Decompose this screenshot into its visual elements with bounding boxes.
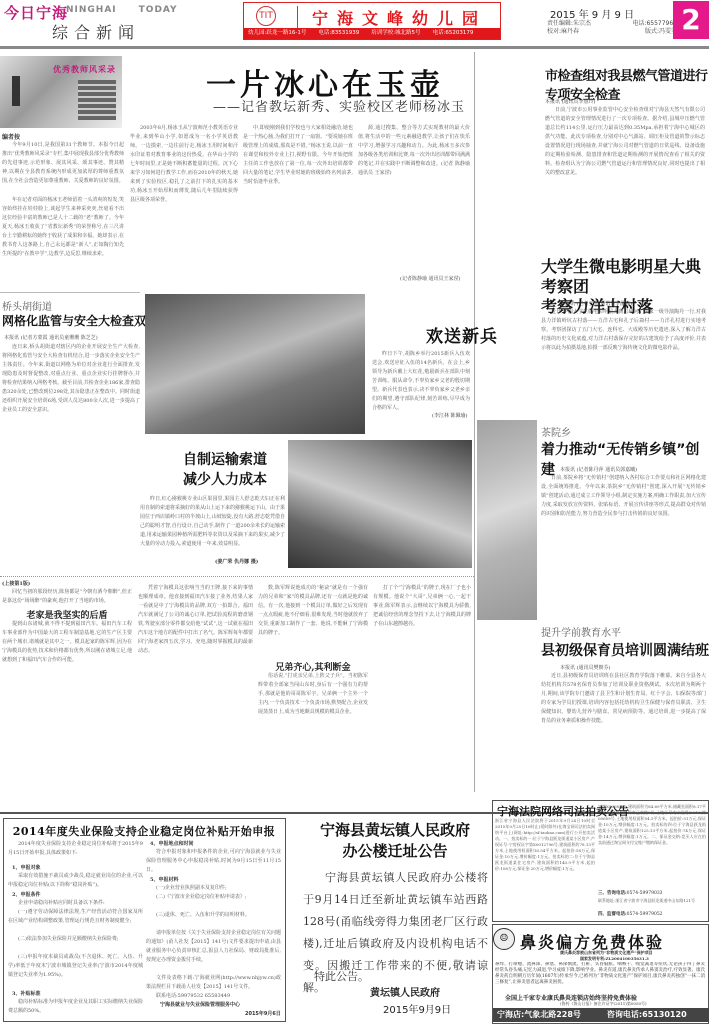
- jobs-contact: 联系电话:59979532 65583449: [146, 992, 281, 1001]
- jobs-p5b: (二)《宁波市企业稳定岗位补贴申请表》;: [146, 893, 281, 911]
- jobs-p6: 请申报单位按《关于失业保险支持企业稳定岗位有关问题的通知》(甬人社发【2015】…: [146, 929, 281, 974]
- feature-body-col3: 源,通过搜集、整合等方式实现教材的最大价值,将生活中的一些元素融进教学,让孩子们…: [358, 124, 470, 274]
- subheadline: ——记省教坛新秀、实验校区老师杨冰玉: [213, 96, 465, 115]
- jobs-p2c: (三)申报年度末裁员或裁员(不含退休、死亡、入伍、升学)率低于年度末宁波市城镇登…: [8, 953, 143, 987]
- gas-inspection-byline: 本报讯 (通讯员李惠玲): [545, 98, 596, 105]
- rhinitis-contact-bar: 宁海店:气象北路228号咨询电话:65130120: [493, 1008, 709, 1022]
- continuation-label: (上接第1版): [2, 580, 30, 587]
- relocation-headline: 宁海县黄坛镇人民政府 办公楼迁址公告: [300, 820, 490, 862]
- kindergarten-name: 宁海文峰幼儿园: [312, 6, 487, 29]
- jobs-p2: 企业申请稳岗补贴应同时具备以下条件:: [8, 899, 143, 908]
- jobs-p2a: (一)遵守劳动保障法律法规,生产经营活动符合国家及所在区域产业结构调整政策,管理…: [8, 908, 143, 935]
- soldiers-body: 昨日下午,胡陈乡举行2015新兵入伍欢送会,欢送应征入伍的14名新兵。在会上,乡…: [372, 350, 470, 410]
- continuation-body1: 提到山东诸城,就不得不提到福田汽车。福田汽车工程车事业部作为中国最大的工程车制造…: [2, 620, 132, 810]
- feature-body-col1: 2003年8月,杨冰玉从宁波师范小教英语专业毕业,来到华山小学,如愿成为一名小学…: [130, 124, 238, 284]
- jobs-p5a: (一)企业营业执照副本及复印件;: [146, 884, 281, 893]
- jobs-download-link[interactable]: 文件及表格下载:宁海就业网(http://www.nhjyw.cn)政策法规栏目…: [146, 974, 281, 992]
- nanny-headline: 县初级保育员培训圆满结班: [541, 640, 709, 660]
- continuation-body2: 凭着宁海模具这张响当当的王牌,接下来的事情也顺理成章。他直接到福田汽车接了业务,…: [138, 584, 253, 809]
- masthead-rule: [0, 46, 709, 49]
- jobs-h1: 1、申报对象: [12, 864, 40, 871]
- tea-body: 日前,茶院乡将“无传销村”创建纳入各村综合工作要点和社区网格化建设,全面统筹推进…: [541, 474, 706, 619]
- continuation-intro: 回忆当初的那段经历,陈焦都是“今朝有酒今朝醉”,但正是靠这份“场场醉”的豪爽,他…: [2, 588, 132, 606]
- doctor-portrait-icon: ☺: [493, 928, 515, 950]
- relocation-date: 2015年9月9日: [383, 1001, 451, 1016]
- column-divider: [474, 52, 475, 792]
- kindergarten-ad[interactable]: TIT 宁海文峰幼儿园 幼儿园:跃龙一路16-1号电话:83531939培训学校…: [243, 2, 501, 40]
- kindergarten-logo-icon: TIT: [256, 6, 276, 26]
- jobs-org: 宁海县就业与失业保险管理服务中心: [160, 1001, 240, 1008]
- divider: [0, 292, 140, 293]
- editor-credits: 责任编辑:朱宗杰电话:65577966 校对:麻丹春版式:冯雯雯: [547, 20, 677, 36]
- rope-body: 昨日,红心猕猴桃专业山区果园里,果园主人舒志乾夫妇正在利用自制的索道将采摘好的果…: [140, 495, 285, 567]
- continuation-body5: 打了个“宁海模具”的牌子,现在厂子也小有规模。他说个“大哥”,兄弟俩一心,一起干…: [373, 584, 471, 809]
- auction-body-right: 字第X0008569,建筑面积为84.69平方米,储藏室面积8.17平方米,已空…: [598, 804, 706, 888]
- jobs-h3: 3、补贴标准: [12, 990, 40, 997]
- soldiers-photo: [145, 294, 365, 434]
- nanny-body: 近日,县初级保育员培训班在县社区教育学院落下帷幕。来自全县各大幼托机构共578名…: [541, 672, 706, 797]
- auction-contact2: 四、监督电话:0574-59979052: [598, 911, 663, 917]
- page-number: 2: [673, 1, 709, 39]
- college-body: 近日,中国大学生微电影明星大典总顾问、国家一级导演陶丹一行,对我县力洋镇岭坑古村…: [541, 308, 706, 418]
- rhinitis-body: 鼻痒、打喷嚏、流鼻涕、鼻塞、鼻涕倒流、打鼾、头昏脑胀、咽喉干、嗅觉减退等症状,无…: [495, 962, 705, 992]
- jobs-p5c: (三)退休、死亡、入伍和升学的证明材料。: [146, 911, 281, 929]
- nanny-byline: 本报讯 (通讯员樊朝芬): [560, 664, 611, 671]
- editor-note-label: 编者按: [2, 132, 20, 141]
- jobs-p2b: (二)依法参加失业保险并足额缴纳失业保险费;: [8, 935, 143, 953]
- kindergarten-contact-strip: 幼儿园:跃龙一路16-1号电话:83531939培训学校:城北路5号电话:652…: [244, 28, 500, 39]
- jobs-intro: 2014年度失业保险支持企业稳定岗位补贴将于2015年9月15日开始申报,具体政…: [8, 840, 143, 864]
- teacher-intro: 年在记者对面的杨冰玉老师留着一头清爽的短发,笑容始终挂在娃娃脸上,谈起学生来神采…: [2, 196, 124, 286]
- relocation-closing: 特此公告。: [300, 968, 369, 984]
- jobs-p1: 采取有效措施不裁员或少裁员,稳定就业岗位的企业,可以申报稳定岗位补贴(以下简称“…: [8, 872, 143, 890]
- rope-credit: (姜广荣 仇丹娜 摄): [215, 558, 258, 565]
- section-title: 综合新闻: [52, 20, 140, 43]
- jobs-date: 2015年9月6日: [245, 1010, 281, 1017]
- jobs-h5: 5、申报材料: [150, 876, 178, 883]
- jobs-h4: 4、申报地点和时间: [150, 840, 193, 847]
- newspaper-name-en: NINGHAITODAY: [66, 5, 178, 15]
- rope-headline: 自制运输索道 减少人力成本: [170, 450, 280, 490]
- feature-body-col2: 中,即使刚到我们学校也与大家相处融洽,她也是一个热心肠,为我们打开了一扇窗。“要…: [243, 124, 353, 284]
- candle-icon: [12, 76, 20, 106]
- teacher-column-banner-image: 优秀教师风采录: [0, 56, 122, 128]
- continuation-body4: 俗话说,“打虎亲兄弟,上阵父子兵”。当初陈军辉带着全部家当闯山东时,身后有一个强…: [258, 672, 368, 809]
- college-byline: 本报讯 (记者王劲 通讯员李晶锋): [560, 300, 632, 307]
- continuation-body3: 数,陈军辉说他成功的“秘诀”就是有一个强有力的兄弟和“家”的模具品牌,还有一点就…: [258, 584, 368, 642]
- bridge-kicker: 桥头胡街道: [2, 298, 52, 313]
- books-icon: [78, 80, 116, 120]
- editor-note: 今年9月10日,是我国第31个教师节。本报今日起推出“优秀教师风采录”专栏,集中…: [2, 141, 124, 189]
- tea-byline: 本报讯 (记者陈丹萍 通讯员郭嘉曦): [560, 466, 637, 473]
- auction-contact1: 三、咨询电话:0574-59979033: [598, 890, 663, 896]
- jobs-p3: 稳岗补贴标准为申报年度企业及其职工实际缴纳失业保险费总额的50%。: [8, 998, 143, 1016]
- tea-kicker: 茶院乡: [541, 424, 571, 439]
- sketch-illustration: [477, 420, 537, 620]
- rhinitis-license: (鲁药《鲁山日报》备注许证字(2011)第0050号): [560, 1001, 647, 1007]
- column-tag: 优秀教师风采录: [53, 64, 116, 75]
- issue-date: 2015 年 9 月 9 日: [550, 6, 634, 21]
- auction-body-left: 浙江省宁海县人民法院将于2015年9月24日10时至2015年9月25日10时止…: [495, 818, 595, 918]
- feature-credit: (记者陈静瑜 通讯员王家滢): [400, 275, 461, 282]
- tea-headline: 着力推动“无传销乡镇”创建: [541, 439, 709, 479]
- jobs-h2: 2、申报条件: [12, 891, 40, 898]
- nanny-kicker: 提升学前教育水平: [541, 624, 621, 639]
- soldiers-credit: (李江林 陈佩瑜): [432, 412, 468, 419]
- dotted-divider: [0, 576, 474, 577]
- auction-address: 联系地址:浙江省宁波市宁海县跃龙街道中山东路121号: [598, 898, 706, 910]
- bridge-byline: 本报讯 (记者方蒙霞 通讯员童珊珊 陈芝芝): [4, 334, 142, 341]
- jobs-p4: 符合申报对象和申报条件的企业,可向宁海县就业与失业保险管理服务中心申报稳岗补贴,…: [146, 848, 281, 875]
- jobs-notice-headline: 2014年度失业保险支持企业稳定岗位补贴开始申报: [5, 823, 283, 839]
- bridge-body: 连日来,桥头胡街道对辖区内的企业开展安全生产大检查,将网格化监管与安全大检查有机…: [2, 343, 140, 568]
- relocation-org: 黄坛镇人民政府: [370, 984, 440, 999]
- orchard-photo: [288, 440, 472, 568]
- divider: [297, 6, 298, 28]
- soldiers-headline: 欢送新兵: [426, 322, 498, 347]
- gas-inspection-body: 日前,宁波市公用事业监管中心安全检查组对宁海县天然气有限公司燃气管道的安全管理情…: [545, 106, 705, 246]
